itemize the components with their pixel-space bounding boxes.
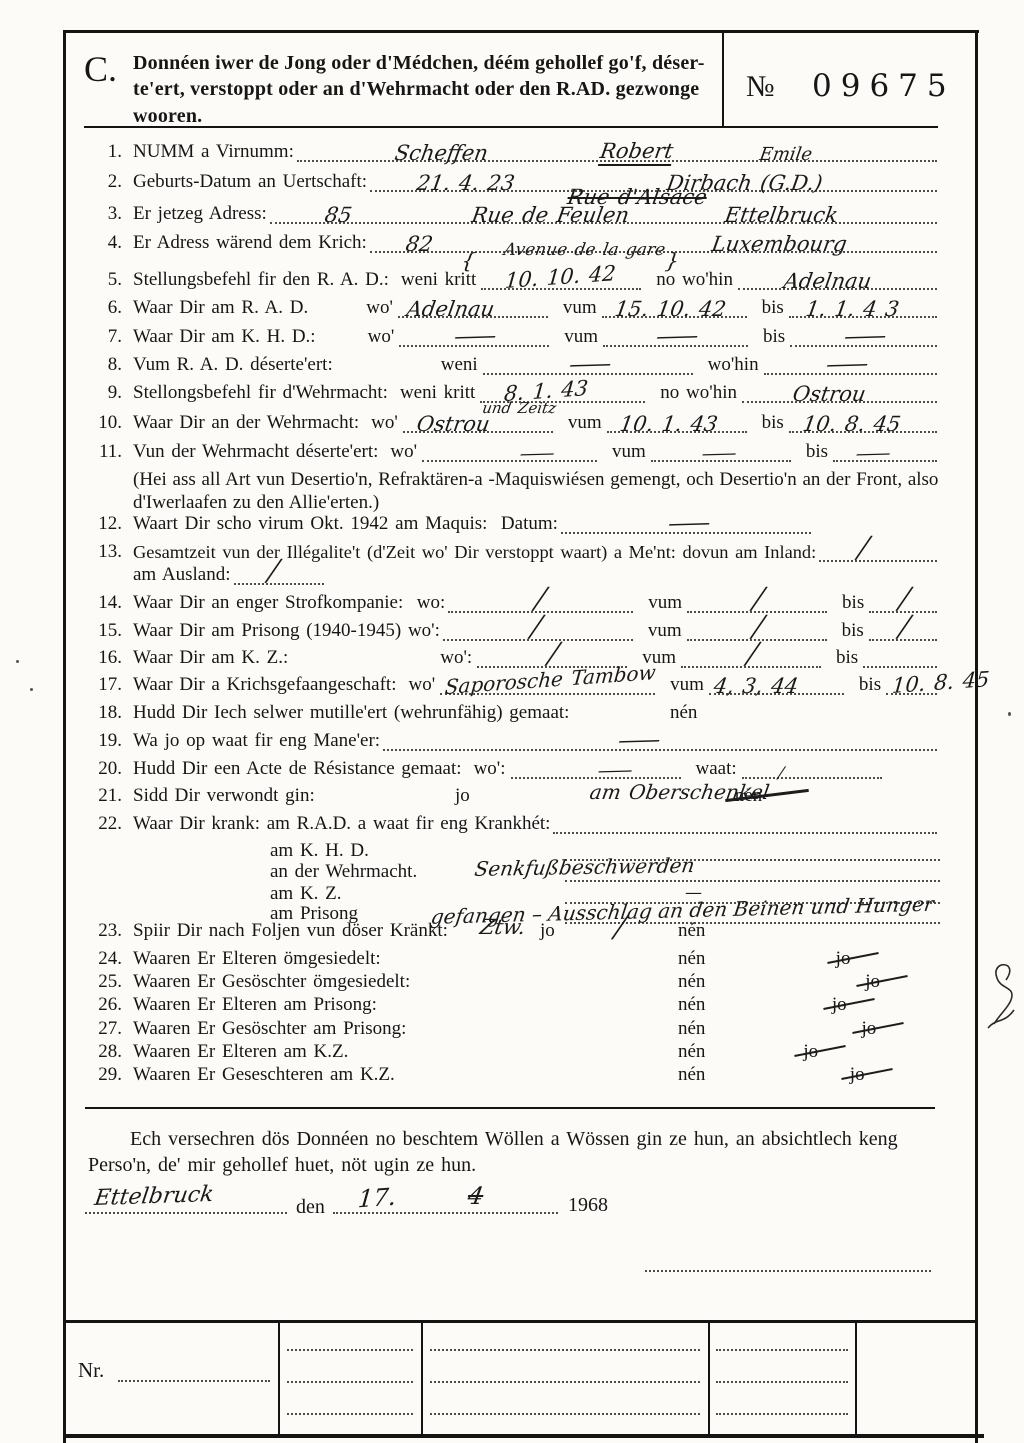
table-vline-1 — [278, 1320, 280, 1434]
border-top — [63, 30, 979, 33]
border-right — [975, 30, 978, 1443]
place-dotted-line — [85, 1212, 287, 1214]
field-label-wo: wo' — [366, 297, 393, 318]
item-number: 16. — [88, 647, 122, 668]
form-item-18: 18. Hudd Dir Iech selwer mutille'ert (we… — [88, 702, 940, 723]
jo-option-struck: jo — [861, 1018, 876, 1039]
handwritten-dash: — — [596, 760, 634, 782]
dotted-line: 10. 8. 45 — [789, 426, 937, 433]
struck-street-name: Rue d'Alsace — [566, 185, 709, 209]
dotted-line: — — [561, 527, 811, 534]
item-label: Waar Dir am Prisong (1940-1945) wo': — [133, 620, 440, 641]
dotted-line: 15. 10. 42 — [602, 311, 747, 318]
jo-option-struck: jo — [850, 1064, 865, 1085]
field-label-wo: wo' — [368, 326, 395, 347]
dotted-line: / — [742, 772, 882, 779]
nen-option: nén — [678, 1041, 705, 1062]
handwritten-wound-location: am Oberschenkel — [588, 781, 771, 803]
dotted-line: 10. 10. 42 — [481, 283, 641, 290]
dotted-line: 82 { Rue d'Alsace Avenue de la gare } Lu… — [370, 246, 937, 253]
jo-option-struck: jo — [832, 994, 847, 1015]
field-label-bis: bis — [762, 412, 784, 433]
handwritten-dash: — — [842, 323, 888, 350]
nen-option: nén — [678, 1064, 705, 1085]
item-number: 7. — [88, 326, 122, 347]
table-cell-dotted — [287, 1413, 413, 1415]
dotted-line: / — [443, 634, 633, 641]
form-item-7: 7. Waar Dir am K. H. D.: wo' — vum — bis… — [88, 326, 940, 347]
form-item-4: 4. Er Adress wärend dem Krich: 82 { Rue … — [88, 232, 940, 253]
handwritten-dash: — — [666, 510, 712, 537]
item-label: Waar Dir an der Wehrmacht: — [133, 412, 359, 433]
item-number: 9. — [88, 382, 122, 403]
field-label-bis: bis — [859, 674, 881, 695]
item-number: 11. — [88, 441, 122, 462]
handwritten-dash: — — [567, 351, 613, 378]
sub-label: an der Wehrmacht. — [270, 861, 417, 883]
dotted-line: — — [422, 455, 597, 462]
item-number: 4. — [88, 232, 122, 253]
handwritten-war-city: Luxembourg — [710, 233, 848, 257]
item-label: Waar Dir a Krichsgefaangeschaft: — [133, 674, 396, 695]
handwritten-dash: — — [518, 443, 556, 465]
header-divider — [722, 32, 724, 126]
handwritten-place: Ostrou — [415, 413, 491, 437]
field-label-weni-kritt: weni kritt — [401, 269, 476, 290]
handwritten-dash: — — [824, 351, 870, 378]
handwritten-date-to: 10. 8. 45 — [801, 413, 902, 437]
item-label: Er jetzeg Adress: — [133, 203, 267, 224]
item-number: 10. — [88, 412, 122, 433]
form-item-12: 12. Waart Dir scho virum Okt. 1942 am Ma… — [88, 513, 940, 534]
form-item-24: 24. Waaren Er Elteren ömgesiedelt: jo né… — [88, 948, 940, 969]
table-cell-dotted — [716, 1349, 848, 1351]
form-item-11: 11. Vun der Wehrmacht déserte'ert: wo' —… — [88, 441, 940, 462]
jo-option-struck: jo — [836, 948, 851, 969]
field-label-no-wohin: no wo'hin — [656, 269, 733, 290]
form-item-10: 10. Waar Dir an der Wehrmacht: wo' Ostro… — [88, 412, 940, 433]
field-label-wo: wo': — [440, 647, 472, 668]
dotted-line — [553, 827, 937, 834]
handwritten-place: Adelnau — [405, 298, 496, 322]
item-number: 18. — [88, 702, 122, 723]
item-label: Gesamtzeit vun der Illégalite't (d'Zeit … — [133, 542, 816, 563]
field-label-bis: bis — [836, 647, 858, 668]
dotted-line: / — [819, 555, 937, 562]
sub-label: am K. H. D. — [270, 840, 369, 862]
den-label: den — [296, 1196, 325, 1219]
item-label: Waaren Er Elteren ömgesiedelt: — [133, 948, 381, 969]
nen-option: nén — [670, 702, 697, 723]
item-number: 20. — [88, 758, 122, 779]
handwritten-surname: Scheffen — [393, 142, 490, 166]
handwritten-date-from: 4, 3, 44 — [712, 675, 800, 699]
form-item-27: 27. Waaren Er Gesöschter am Prisong: jo … — [88, 1018, 940, 1039]
item-label: Waaren Er Elteren am K.Z. — [133, 1041, 348, 1062]
item-label: am Ausland: — [133, 564, 231, 585]
table-cell-dotted — [287, 1349, 413, 1351]
field-label-waat: waat: — [696, 758, 737, 779]
item-label: Sidd Dir verwondt gin: — [133, 785, 315, 806]
nen-option: nén — [678, 920, 705, 941]
dotted-line: Adelnau — [738, 283, 937, 290]
dotted-line: / — [869, 634, 937, 641]
form-item-19: 19. Wa jo op waat fir eng Mane'er: — — [88, 730, 940, 751]
item-number: 22. — [88, 813, 122, 834]
year-printed: 1968 — [568, 1194, 608, 1217]
field-label-bis: bis — [806, 441, 828, 462]
form-item-20: 20. Hudd Dir een Acte de Résistance gema… — [88, 758, 940, 779]
dotted-line: — — [651, 455, 791, 462]
dotted-line: — — [383, 744, 937, 751]
form-item-8: 8. Vum R. A. D. déserte'ert: weni — wo'h… — [88, 354, 940, 375]
table-cell-dotted — [287, 1381, 413, 1383]
item-label: Stellungsbefehl fir den R. A. D.: — [133, 269, 389, 290]
item-label: Spiir Dir nach Foljen vun döser Kränkt: — [133, 920, 448, 941]
item-number: 14. — [88, 592, 122, 613]
scan-speck — [16, 660, 19, 663]
field-label-weni: weni — [441, 354, 478, 375]
item-number: 15. — [88, 620, 122, 641]
form-item-25: 25. Waaren Er Gesöschter ömgesiedelt: jo… — [88, 971, 940, 992]
nen-option: nén — [678, 971, 705, 992]
field-label-wo: wo': — [474, 758, 506, 779]
unused-dotted-line — [645, 1270, 931, 1272]
jo-option-struck: jo — [803, 1041, 818, 1062]
handwritten-slash: / — [744, 636, 761, 673]
field-label-bis: bis — [762, 297, 784, 318]
table-cell-dotted — [430, 1413, 700, 1415]
scanned-form-page: C. Donnéen iwer de Jong oder d'Médchen, … — [0, 0, 1024, 1443]
nen-option: nén — [678, 1018, 705, 1039]
item-number: 21. — [88, 785, 122, 806]
field-label-vum: vum — [612, 441, 646, 462]
dotted-line — [863, 661, 937, 668]
header-underline — [84, 126, 938, 128]
handwritten-date-from: 10. 1. 43 — [618, 413, 719, 437]
item-label: Stellongsbefehl fir d'Wehrmacht: — [133, 382, 388, 403]
dotted-line: 10. 8. 45 — [886, 688, 937, 695]
dotted-line: Ostrou — [742, 396, 937, 403]
dotted-line: 1. 1. 4 3 — [789, 311, 937, 318]
jo-option: jo — [540, 920, 555, 941]
handwritten-war-street: Rue d'Alsace Avenue de la gare — [489, 162, 712, 256]
table-border-bottom — [64, 1434, 984, 1438]
form-item-13-line2: am Ausland: / — [88, 564, 940, 585]
handwritten-dash: — — [452, 323, 498, 350]
sub-label: am K. Z. — [270, 883, 342, 905]
field-label-bis: bis — [763, 326, 785, 347]
table-cell-dotted — [716, 1381, 848, 1383]
dotted-line: / — [234, 578, 324, 585]
handwritten-month: 4 — [466, 1182, 486, 1210]
item-number: 13. — [88, 541, 122, 562]
item-number: 8. — [88, 354, 122, 375]
jo-option-struck: jo — [865, 971, 880, 992]
handwritten-wehrmacht-illness: Senkfußbeschwerden — [473, 853, 696, 881]
item-label: Vun der Wehrmacht déserte'ert: — [133, 441, 378, 462]
table-vline-4 — [855, 1320, 857, 1434]
item-label: Waar Dir krank: am R.A.D. a waat fir eng… — [133, 813, 550, 834]
handwritten-dash: — — [700, 443, 738, 465]
scan-speck — [30, 688, 33, 691]
item-11-note: (Hei ass all Art vun Desertio'n, Refrakt… — [133, 468, 945, 514]
item-number: 17. — [88, 674, 122, 695]
dotted-line: — — [483, 368, 693, 375]
item-label: Waar Dir am R. A. D. — [133, 297, 308, 318]
declaration-rule — [85, 1107, 935, 1109]
form-item-22: 22. Waar Dir krank: am R.A.D. a waat fir… — [88, 813, 940, 834]
border-left — [63, 30, 66, 1443]
field-label-wohin: wo'hin — [708, 354, 759, 375]
jo-option: jo — [455, 785, 470, 806]
form-item-23: 23. Spiir Dir nach Foljen vun döser Krän… — [88, 920, 940, 941]
table-cell-dotted — [716, 1413, 848, 1415]
item-label: Waar Dir an enger Strofkompanie: wo: — [133, 592, 445, 613]
dotted-line: — — [833, 455, 937, 462]
handwritten-place: Adelnau — [782, 270, 873, 294]
field-label-vum: vum — [670, 674, 704, 695]
item-label: Waaren Er Gesöschter ömgesiedelt: — [133, 971, 410, 992]
dotted-line: Saporosche Tambow — [440, 688, 655, 695]
form-item-26: 26. Waaren Er Elteren am Prisong: jo nén — [88, 994, 940, 1015]
table-cell-dotted — [430, 1349, 700, 1351]
field-label-bis: bis — [842, 620, 864, 641]
field-label-weni-kritt: weni kritt — [400, 382, 475, 403]
item-label: NUMM a Virnumm: — [133, 141, 294, 162]
table-vline-2 — [421, 1320, 423, 1434]
item-number: 25. — [88, 971, 122, 992]
handwritten-dash: — — [854, 443, 892, 465]
form-item-22-wehrmacht: an der Wehrmacht. Senkfußbeschwerden — [270, 861, 940, 883]
brace-close: } — [665, 253, 680, 265]
item-label: Er Adress wärend dem Krich: — [133, 232, 367, 253]
item-label: Waar Dir am K. Z.: — [133, 647, 288, 668]
item-label: Vum R. A. D. déserte'ert: — [133, 354, 333, 375]
item-label: Hudd Dir een Acte de Résistance gemaat: — [133, 758, 462, 779]
item-number: 23. — [88, 920, 122, 941]
item-number: 19. — [88, 730, 122, 751]
handwritten-mark: / — [777, 764, 785, 782]
nr-label: Nr. — [78, 1358, 104, 1383]
field-label-vum: vum — [563, 297, 597, 318]
declaration-text: Ech versechren dös Donnéen no beschtem W… — [88, 1126, 944, 1178]
handwritten-war-housenumber: 82 — [404, 233, 434, 257]
handwritten-place-signature: Ettelbruck — [93, 1182, 215, 1211]
dotted-line — [565, 880, 940, 882]
field-label-bis: bis — [842, 592, 864, 613]
form-item-1: 1. NUMM a Virnumm: Scheffen Robert Emile — [88, 141, 940, 162]
form-item-28: 28. Waaren Er Elteren am K.Z. jo nén — [88, 1041, 940, 1062]
replacement-street-name: Avenue de la gare — [502, 241, 666, 260]
handwritten-place-addition: und Zeitz — [481, 400, 557, 417]
form-item-5: 5. Stellungsbefehl fir den R. A. D.: wen… — [88, 269, 940, 290]
item-label: Waaren Er Geseschteren am K.Z. — [133, 1064, 395, 1085]
item-number: 24. — [88, 948, 122, 969]
form-item-15: 15. Waar Dir am Prisong (1940-1945) wo':… — [88, 620, 940, 641]
brace-open: { — [461, 253, 476, 265]
form-item-13: 13. Gesamtzeit vun der Illégalite't (d'Z… — [88, 541, 940, 562]
dotted-line: — — [603, 340, 748, 347]
form-item-14: 14. Waar Dir an enger Strofkompanie: wo:… — [88, 592, 940, 613]
handwritten-date-to: 1. 1. 4 3 — [804, 298, 901, 322]
field-label-vum: vum — [564, 326, 598, 347]
scan-speck — [1008, 712, 1011, 716]
item-number: 27. — [88, 1018, 122, 1039]
handwritten-day: 17. — [357, 1183, 398, 1214]
dotted-line: — — [764, 368, 937, 375]
handwritten-housenumber: 85 — [323, 204, 353, 228]
handwritten-place: Ostrou — [791, 383, 867, 407]
margin-squiggle-mark — [984, 952, 1024, 1048]
item-number: 5. — [88, 269, 122, 290]
dotted-line: — — [511, 772, 681, 779]
form-title: Donnéen iwer de Jong oder d'Médchen, déé… — [133, 50, 713, 129]
item-number: 6. — [88, 297, 122, 318]
nr-dotted-line — [118, 1380, 270, 1382]
form-item-17: 17. Waar Dir a Krichsgefaangeschaft: wo'… — [88, 674, 940, 695]
item-number: 3. — [88, 203, 122, 224]
dotted-line: Ostrou und Zeitz — [403, 426, 553, 433]
table-vline-3 — [708, 1320, 710, 1434]
item-label: Waar Dir am K. H. D.: — [133, 326, 316, 347]
item-label: Geburts-Datum an Uertschaft: — [133, 171, 367, 192]
handwritten-date: 10. 10. 42 — [504, 262, 617, 293]
dotted-line: 4, 3, 44 — [709, 688, 844, 695]
handwritten-middlename: Emile — [758, 145, 814, 165]
field-label-vum: vum — [568, 412, 602, 433]
dotted-line: Adelnau — [398, 311, 548, 318]
form-title-line2: te'ert, verstoppt oder an d'Wehrmacht od… — [133, 76, 713, 102]
handwritten-slash: / — [528, 609, 545, 646]
item-number: 26. — [88, 994, 122, 1015]
nen-option: nén — [678, 948, 705, 969]
item-label: Waaren Er Gesöschter am Prisong: — [133, 1018, 406, 1039]
form-item-21: 21. Sidd Dir verwondt gin: jo nén am Obe… — [88, 785, 940, 806]
item-number: 2. — [88, 171, 122, 192]
item-number: 29. — [88, 1064, 122, 1085]
dotted-line: — — [790, 340, 937, 347]
handwritten-dash: — — [616, 727, 662, 754]
dotted-line: / — [681, 661, 821, 668]
number-sign-label: № — [746, 70, 775, 104]
item-number: 1. — [88, 141, 122, 162]
form-item-6: 6. Waar Dir am R. A. D. wo' Adelnau vum … — [88, 297, 940, 318]
item-label: Waart Dir scho virum Okt. 1942 am Maquis… — [133, 513, 558, 534]
nen-option: nén — [678, 994, 705, 1015]
item-number: 28. — [88, 1041, 122, 1062]
form-item-16: 16. Waar Dir am K. Z.: wo': / vum / bis — [88, 647, 940, 668]
form-number: 09675 — [812, 68, 956, 104]
handwritten-date-from: 15. 10. 42 — [613, 298, 728, 322]
table-cell-dotted — [430, 1381, 700, 1383]
field-label-no-wohin: no wo'hin — [660, 382, 737, 403]
handwritten-ztw: Ztw. — [478, 916, 527, 940]
field-label-wo: wo' — [390, 441, 417, 462]
form-item-29: 29. Waaren Er Geseschteren am K.Z. jo né… — [88, 1064, 940, 1085]
handwritten-dash: — — [654, 323, 700, 350]
section-letter: C. — [84, 48, 117, 90]
field-label-wo: wo' — [371, 412, 398, 433]
field-label-wo: wo' — [408, 674, 435, 695]
field-label-vum: vum — [648, 592, 682, 613]
item-label: Hudd Dir Iech selwer mutille'ert (wehrun… — [133, 702, 569, 723]
table-border-top — [64, 1320, 978, 1323]
dotted-line: 10. 1. 43 — [607, 426, 747, 433]
field-label-vum: vum — [648, 620, 682, 641]
item-label: Wa jo op waat fir eng Mane'er: — [133, 730, 380, 751]
item-label: Waaren Er Elteren am Prisong: — [133, 994, 377, 1015]
handwritten-slash: / — [855, 530, 872, 567]
handwritten-town: Ettelbruck — [723, 204, 840, 228]
item-number: 12. — [88, 513, 122, 534]
form-title-line1: Donnéen iwer de Jong oder d'Médchen, déé… — [133, 50, 713, 76]
dotted-line: — — [399, 340, 549, 347]
